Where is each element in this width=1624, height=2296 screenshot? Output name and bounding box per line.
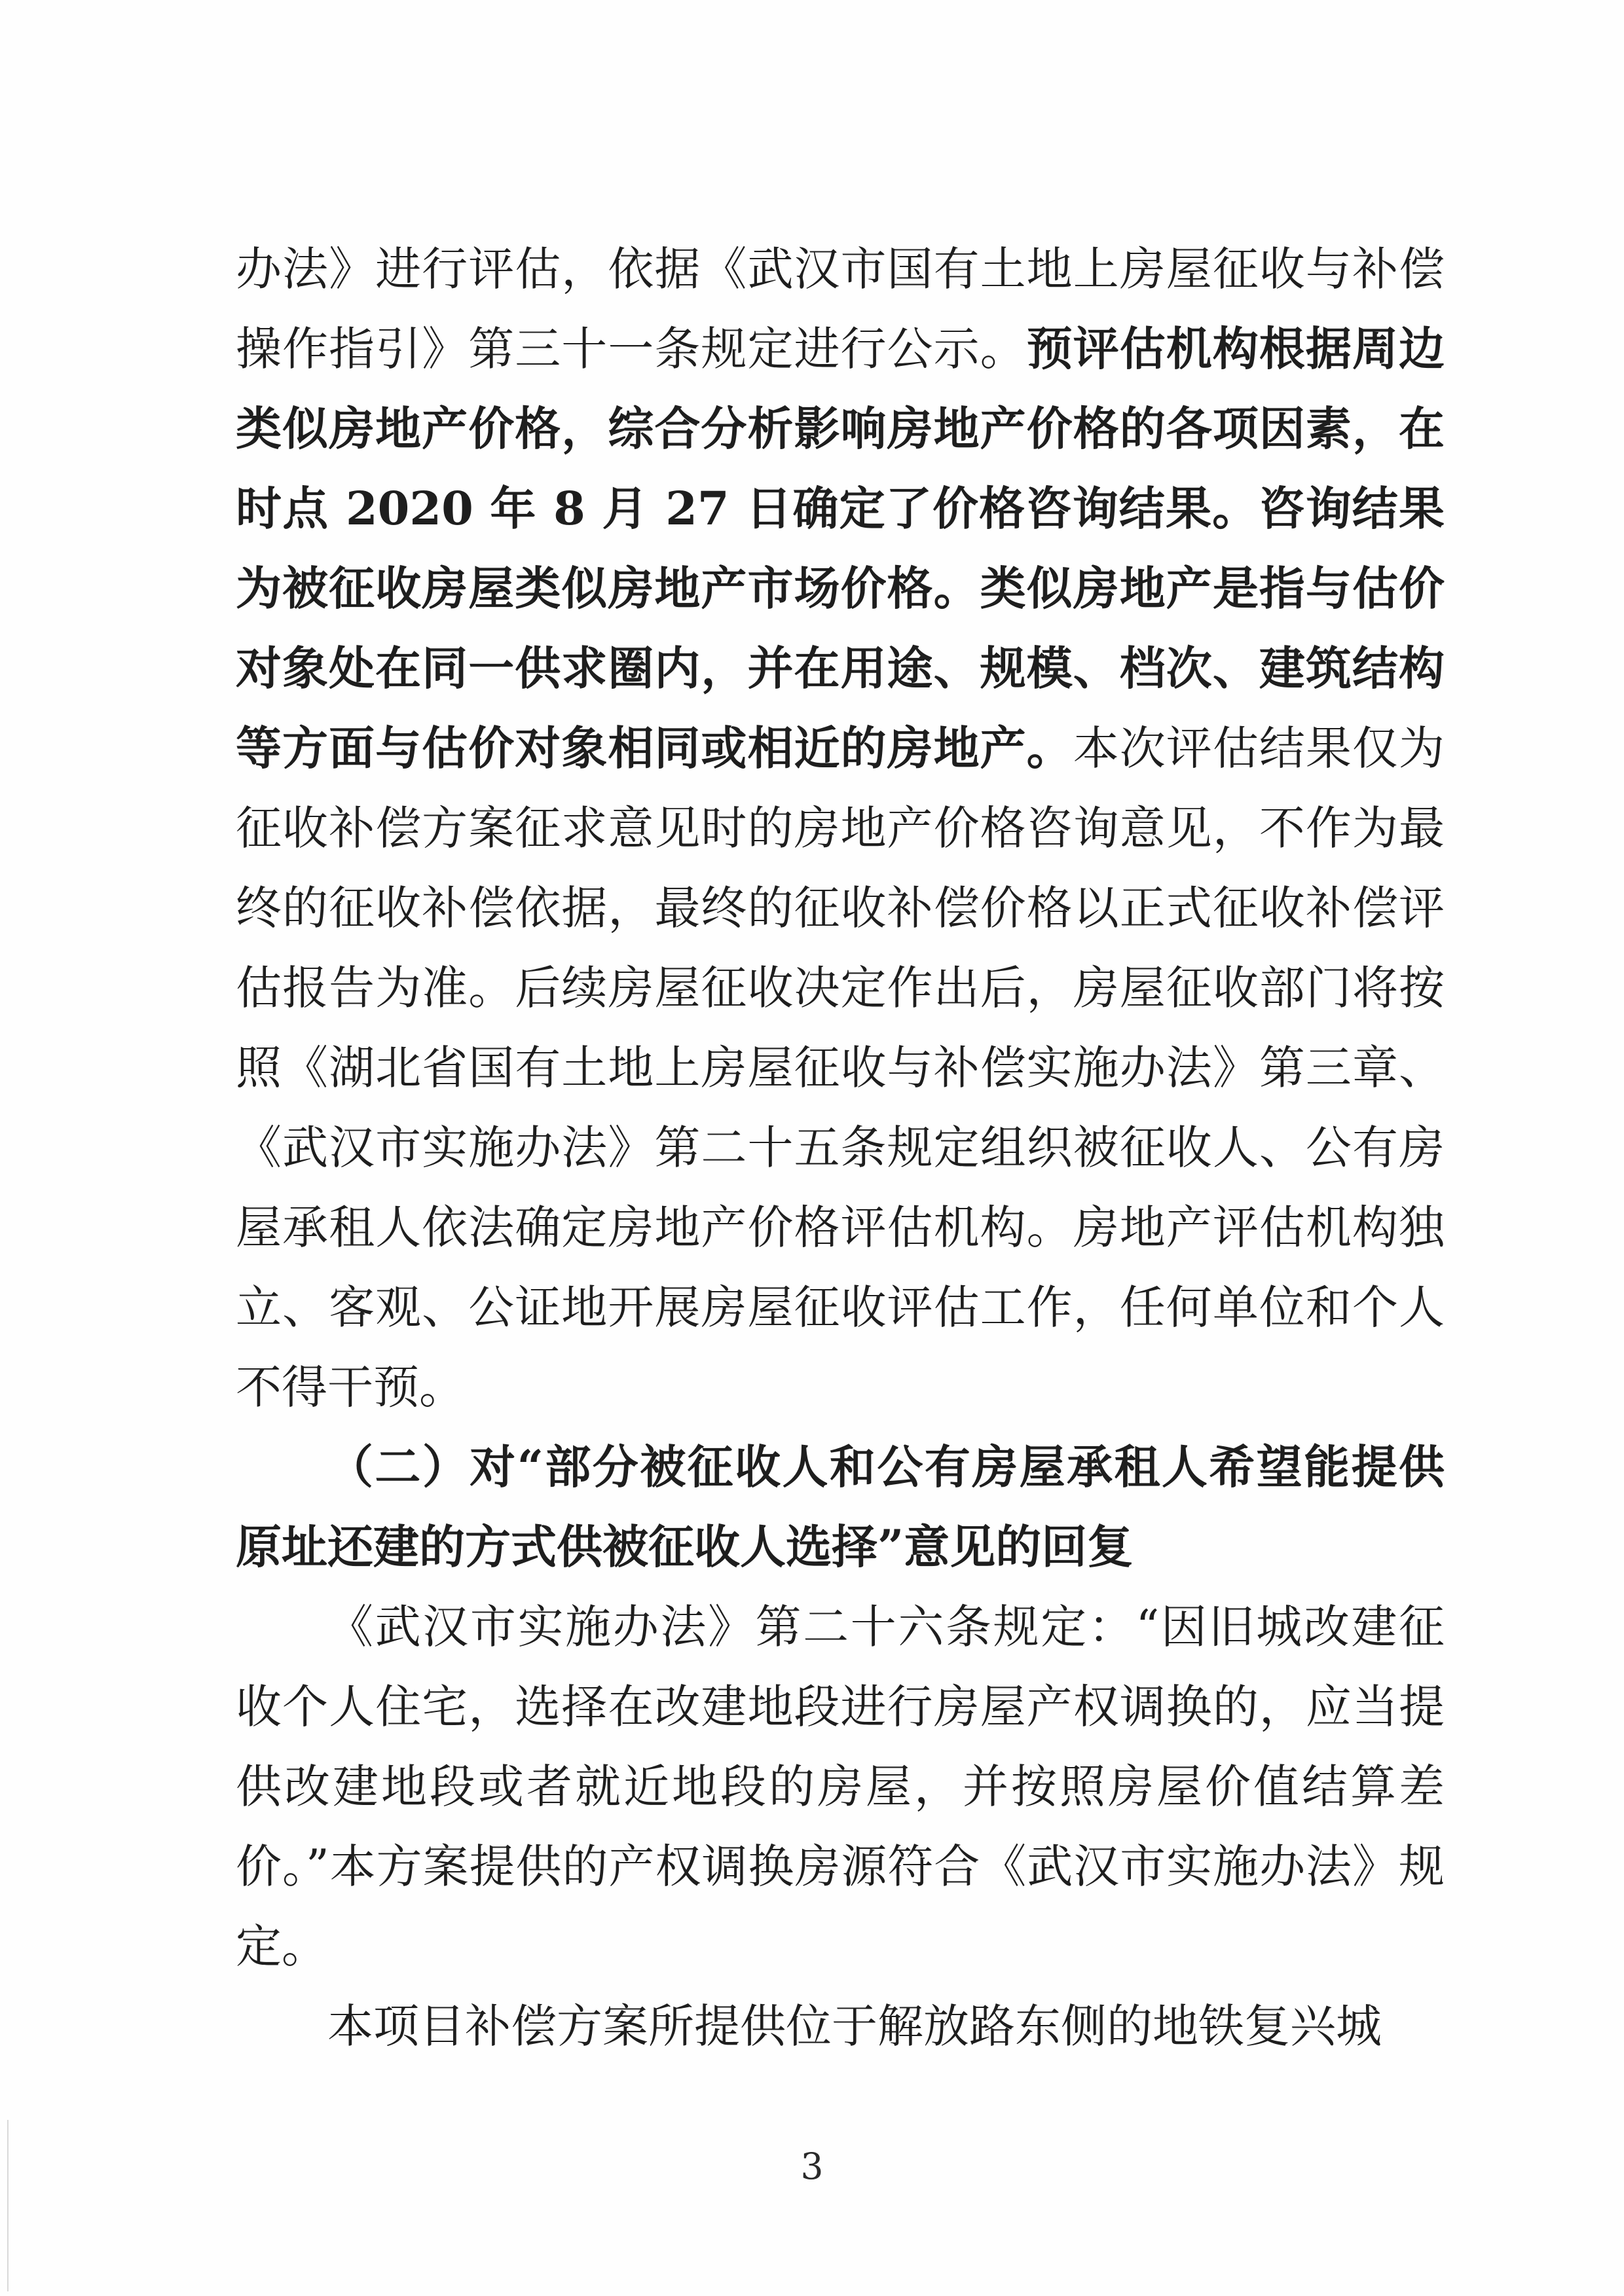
para-project-housing: 本项目补偿方案所提供位于解放路东侧的地铁复兴城 [236, 1986, 1445, 2066]
para-reply-regulation: 《武汉市实施办法》第二十六条规定：“因旧城改建征收个人住宅，选择在改建地段进行房… [236, 1587, 1445, 1986]
text-run: 《武汉市实施办法》第二十六条规定：“因旧城改建征收个人住宅，选择在改建地段进行房… [236, 1600, 1445, 1973]
bold-text-run: 预评估机构根据周边类似房地产价格，综合分析影响房地产价格的各项因素，在时点 20… [236, 321, 1445, 775]
document-page: 办法》进行评估，依据《武汉市国有土地上房屋征收与补偿操作指引》第三十一条规定进行… [0, 0, 1624, 2296]
text-run: 本次评估结果仅为征收补偿方案征求意见时的房地产价格咨询意见，不作为最终的征收补偿… [236, 721, 1445, 1414]
document-body: 办法》进行评估，依据《武汉市国有土地上房屋征收与补偿操作指引》第三十一条规定进行… [236, 229, 1445, 2066]
text-run: 本项目补偿方案所提供位于解放路东侧的地铁复兴城 [327, 1999, 1382, 2053]
scan-artifact-line [7, 2120, 9, 2291]
page-number: 3 [0, 2146, 1624, 2187]
bold-text-run: （二）对“部分被征收人和公有房屋承租人希望能提供原址还建的方式供被征收人选择”意… [236, 1440, 1445, 1574]
para-heading-item-2: （二）对“部分被征收人和公有房屋承租人希望能提供原址还建的方式供被征收人选择”意… [236, 1427, 1445, 1587]
para-appraisal-continued: 办法》进行评估，依据《武汉市国有土地上房屋征收与补偿操作指引》第三十一条规定进行… [236, 229, 1445, 1427]
